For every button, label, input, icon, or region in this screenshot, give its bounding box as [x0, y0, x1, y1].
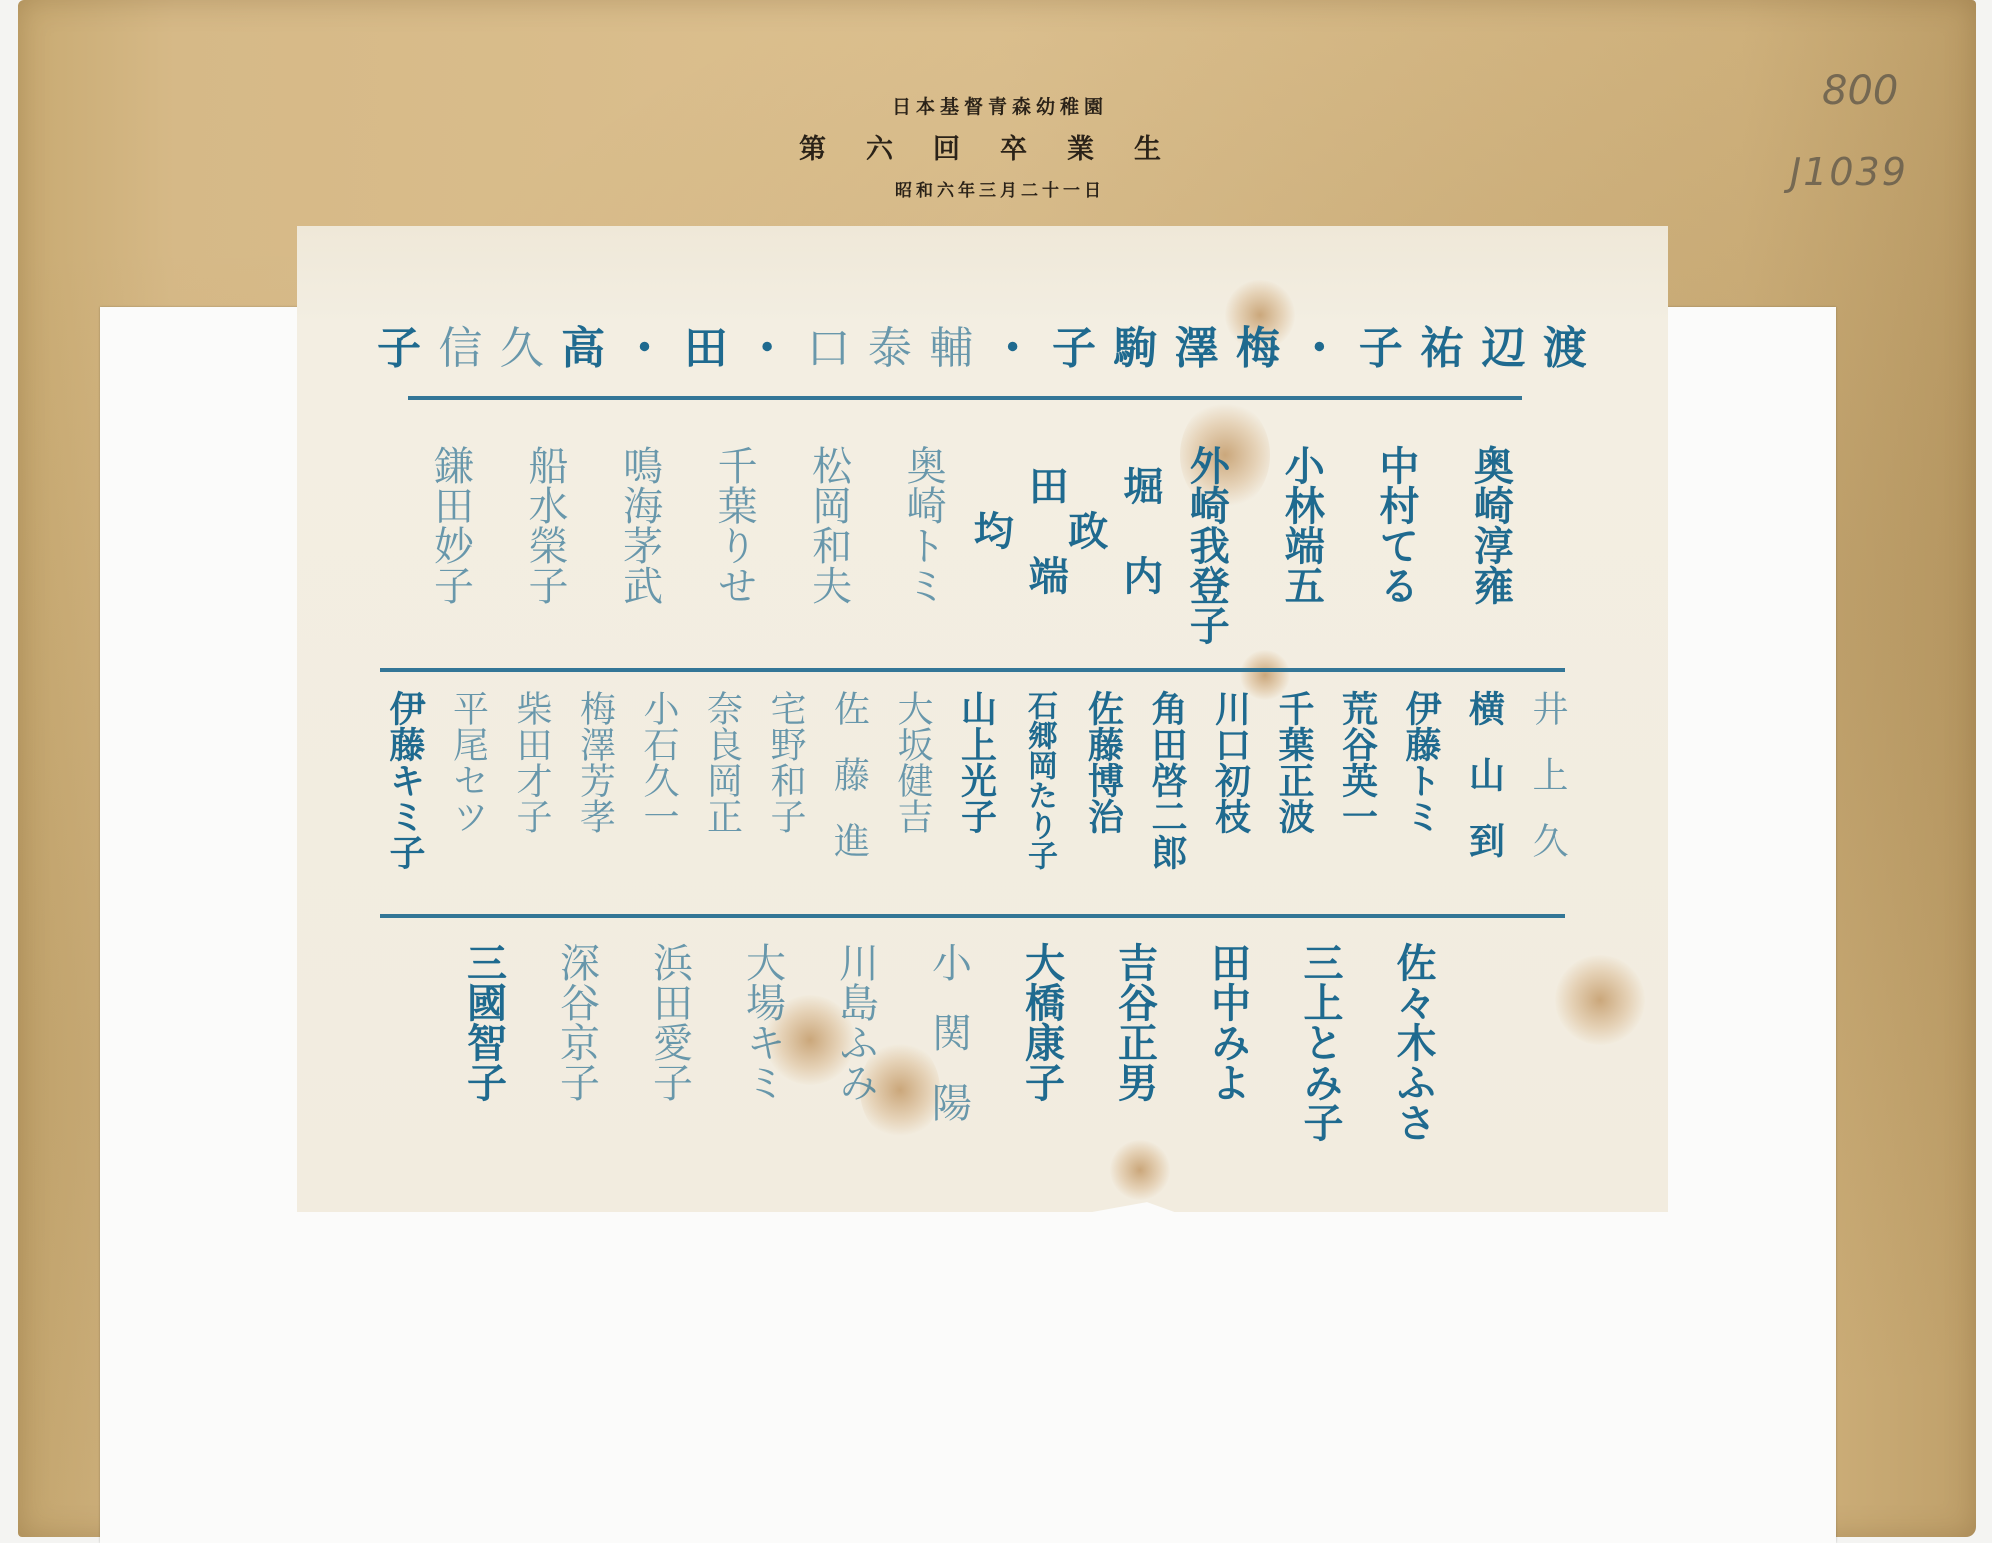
name-text: 鳴海茅武 [612, 445, 667, 605]
name-text: 吉谷正男 [1106, 942, 1163, 1102]
name-text: 角田啓二郎 [1145, 690, 1187, 870]
header-separator: ・ [745, 312, 789, 376]
name-text: 松岡和夫 [801, 445, 856, 605]
name-text: 川島ふみ [827, 942, 884, 1102]
header-char: 信 [438, 312, 482, 376]
name-text: 船水榮子 [517, 445, 572, 605]
header-char: 高 [561, 312, 605, 376]
header-char: 駒 [1113, 312, 1157, 376]
name-text: 小林端五 [1273, 445, 1328, 605]
name-column: 千葉りせ [699, 445, 769, 665]
name-column: 鎌田妙子 [415, 445, 485, 665]
header-char: 久 [500, 312, 544, 376]
name-text: 大坂健吉 [885, 690, 939, 834]
stamped-header-row: 渡 辺 祐 子 ・ 梅 澤 駒 子 ・ 輔 泰 口 ・ 田 ・ 高 久 信 子 [377, 314, 1587, 374]
pencil-note-price: 800 [1822, 68, 1898, 114]
name-column: 横山到 [1458, 690, 1510, 910]
header-char: 田 [684, 312, 728, 376]
name-text: 大場キミ [734, 942, 791, 1102]
name-text: 奥崎淳雍 [1462, 445, 1517, 605]
name-column: 小石久一 [632, 690, 684, 910]
name-column: 石郷岡たり子 [1013, 690, 1065, 910]
name-column: 深谷京子 [541, 942, 611, 1172]
name-column: 田中みよ [1192, 942, 1262, 1172]
header-char: 子 [377, 312, 421, 376]
name-block-2: 井上久 横山到 伊藤トミ 荒谷英一 千葉正波 川口初枝 角田啓二郎 佐藤博治 石… [378, 690, 1573, 910]
name-column: 山上光子 [950, 690, 1002, 910]
name-text: 伊藤トミ [1393, 690, 1447, 834]
pencil-note-catalog-number: J1039 [1790, 150, 1908, 194]
header-char: 辺 [1481, 312, 1525, 376]
name-text: 佐々木ふさ [1391, 942, 1435, 1142]
name-text: 石郷岡たり子 [1021, 690, 1057, 870]
header-char: 梅 [1236, 312, 1280, 376]
name-column: 吉谷正男 [1099, 942, 1169, 1172]
printed-imprint: 日本基督青森幼稚園 第六回卒業生 昭和六年三月二十一日 [0, 92, 1992, 201]
header-char: 祐 [1420, 312, 1464, 376]
name-column: 田端均 [982, 445, 1052, 665]
name-column: 奥崎淳雍 [1455, 445, 1525, 665]
header-char: 澤 [1175, 312, 1219, 376]
name-text: 田端均 [962, 445, 1072, 665]
header-separator: ・ [991, 312, 1035, 376]
header-separator: ・ [622, 312, 666, 376]
imprint-date: 昭和六年三月二十一日 [0, 176, 1992, 201]
name-column: 三上とみ子 [1285, 942, 1355, 1172]
name-text: 堀内政 [1057, 445, 1167, 665]
name-text: 三上とみ子 [1298, 942, 1342, 1142]
name-column: 伊藤キミ子 [378, 690, 430, 910]
header-char: 泰 [868, 312, 912, 376]
name-text: 荒谷英一 [1330, 690, 1384, 834]
name-text: 川口初枝 [1203, 690, 1257, 834]
block-divider-line-2 [380, 914, 1565, 918]
institution-name: 日本基督青森幼稚園 [0, 92, 1992, 119]
name-column: 外崎我登子 [1171, 445, 1241, 665]
name-column: 柴田才子 [505, 690, 557, 910]
name-text: 伊藤キミ子 [383, 690, 425, 870]
header-char: 渡 [1543, 312, 1587, 376]
name-text: 小石久一 [631, 690, 685, 834]
name-column: 松岡和夫 [793, 445, 863, 665]
name-column: 小関陽 [913, 942, 983, 1172]
name-column: 梅澤芳孝 [569, 690, 621, 910]
header-char: 口 [807, 312, 851, 376]
name-column: 大場キミ [727, 942, 797, 1172]
name-text: 平尾セツ [441, 690, 495, 834]
name-text: 小関陽 [920, 942, 977, 1152]
name-text: 鎌田妙子 [423, 445, 478, 605]
name-column: 鳴海茅武 [604, 445, 674, 665]
name-column: 浜田愛子 [634, 942, 704, 1172]
name-text: 柴田才子 [504, 690, 558, 834]
name-text: 山上光子 [949, 690, 1003, 834]
name-column: 角田啓二郎 [1140, 690, 1192, 910]
name-text: 井上久 [1520, 690, 1574, 888]
name-text: 奥崎トミ [895, 445, 950, 605]
name-column: 小林端五 [1266, 445, 1336, 665]
name-column: 三國智子 [448, 942, 518, 1172]
name-text: 宅野和子 [758, 690, 812, 834]
header-separator: ・ [1297, 312, 1341, 376]
name-text: 中村てる [1368, 445, 1423, 605]
name-text: 田中みよ [1199, 942, 1256, 1102]
header-divider-line [408, 396, 1522, 400]
name-text: 浜田愛子 [641, 942, 698, 1102]
name-column: 大橋康子 [1006, 942, 1076, 1172]
name-column: 船水榮子 [510, 445, 580, 665]
name-text: 千葉正波 [1266, 690, 1320, 834]
name-text: 梅澤芳孝 [568, 690, 622, 834]
name-text: 佐藤進 [822, 690, 876, 888]
name-column: 奥崎トミ [888, 445, 958, 665]
name-column: 奈良岡正 [696, 690, 748, 910]
name-block-3: 佐々木ふさ 三上とみ子 田中みよ 吉谷正男 大橋康子 小関陽 川島ふみ 大場キミ… [448, 942, 1448, 1172]
name-column: 伊藤トミ [1394, 690, 1446, 910]
header-char: 子 [1052, 312, 1096, 376]
name-column: 堀内政 [1077, 445, 1147, 665]
name-column: 千葉正波 [1267, 690, 1319, 910]
header-char: 輔 [929, 312, 973, 376]
name-column: 川島ふみ [820, 942, 890, 1172]
name-column: 荒谷英一 [1331, 690, 1383, 910]
name-text: 千葉りせ [706, 445, 761, 605]
name-column: 川口初枝 [1204, 690, 1256, 910]
name-column: 佐々木ふさ [1378, 942, 1448, 1172]
name-text: 佐藤博治 [1076, 690, 1130, 834]
name-text: 深谷京子 [548, 942, 605, 1102]
name-column: 井上久 [1521, 690, 1573, 910]
graduating-class-title: 第六回卒業生 [0, 127, 1992, 166]
name-column: 大坂健吉 [886, 690, 938, 910]
foxing-stain [1555, 955, 1645, 1045]
name-column: 平尾セツ [442, 690, 494, 910]
name-block-1: 奥崎淳雍 中村てる 小林端五 外崎我登子 堀内政 田端均 奥崎トミ 松岡和夫 千… [415, 445, 1525, 665]
header-char: 子 [1359, 312, 1403, 376]
block-divider-line-1 [380, 668, 1565, 672]
name-column: 佐藤博治 [1077, 690, 1129, 910]
name-text: 外崎我登子 [1184, 445, 1228, 645]
name-text: 大橋康子 [1013, 942, 1070, 1102]
name-column: 宅野和子 [759, 690, 811, 910]
name-text: 奈良岡正 [695, 690, 749, 834]
name-column: 中村てる [1360, 445, 1430, 665]
name-text: 横山到 [1457, 690, 1511, 888]
name-text: 三國智子 [455, 942, 512, 1102]
name-column: 佐藤進 [823, 690, 875, 910]
